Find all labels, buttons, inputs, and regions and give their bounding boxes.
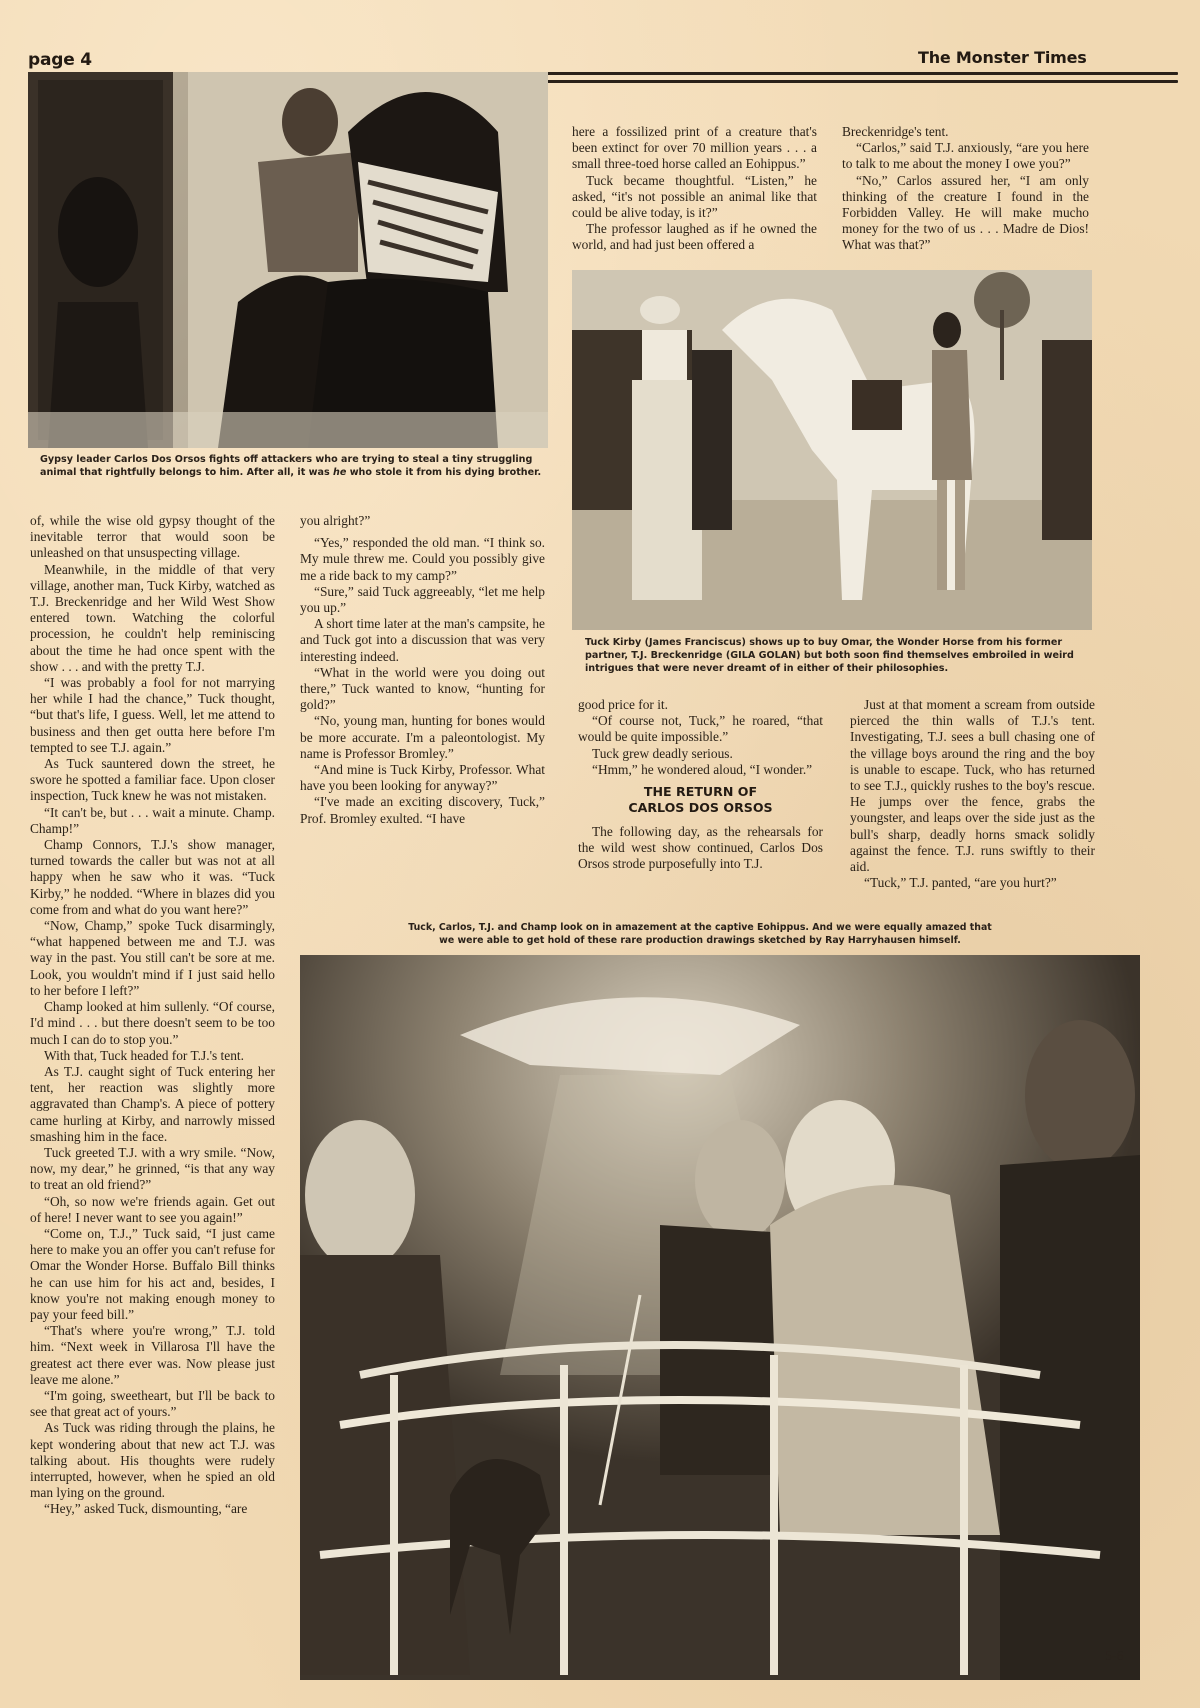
paragraph: A short time later at the man's campsite… — [300, 616, 545, 665]
drawing-caption: Tuck, Carlos, T.J. and Champ look on in … — [400, 921, 1000, 947]
paragraph: Meanwhile, in the middle of that very vi… — [30, 562, 275, 675]
paragraph: Champ Connors, T.J.'s show manager, turn… — [30, 837, 275, 918]
paragraph: With that, Tuck headed for T.J.'s tent. — [30, 1048, 275, 1064]
paragraph: “It can't be, but . . . wait a minute. C… — [30, 805, 275, 837]
article-column-3-bottom: good price for it. “Of course not, Tuck,… — [578, 697, 823, 873]
paragraph: “And mine is Tuck Kirby, Professor. What… — [300, 762, 545, 794]
paragraph: As Tuck was riding through the plains, h… — [30, 1420, 275, 1501]
page-number-label: page 4 — [28, 50, 92, 70]
horse-scene-photo — [572, 270, 1092, 630]
artist-signature: 5-6 — [1105, 1649, 1124, 1664]
paragraph: “Tuck,” T.J. panted, “are you hurt?” — [850, 875, 1095, 891]
paragraph: Just at that moment a scream from outsid… — [850, 697, 1095, 875]
article-column-2: you alright?” “Yes,” responded the old m… — [300, 513, 545, 827]
paragraph: Tuck greeted T.J. with a wry smile. “Now… — [30, 1145, 275, 1194]
section-subheading: THE RETURN OF CARLOS DOS ORSOS — [578, 784, 823, 816]
paragraph: “Of course not, Tuck,” he roared, “that … — [578, 713, 823, 745]
paragraph: good price for it. — [578, 697, 823, 713]
fight-scene-caption: Gypsy leader Carlos Dos Orsos fights off… — [40, 453, 550, 479]
paragraph: “I was probably a fool for not marrying … — [30, 675, 275, 756]
article-column-4-top: Breckenridge's tent. “Carlos,” said T.J.… — [842, 124, 1089, 254]
paragraph: “No,” Carlos assured her, “I am only thi… — [842, 173, 1089, 254]
paragraph: “That's where you're wrong,” T.J. told h… — [30, 1323, 275, 1388]
paragraph: of, while the wise old gypsy thought of … — [30, 513, 275, 562]
article-column-4-bottom: Just at that moment a scream from outsid… — [850, 697, 1095, 891]
article-column-1: of, while the wise old gypsy thought of … — [30, 513, 275, 1518]
paragraph: you alright?” — [300, 513, 545, 529]
paragraph: As Tuck sauntered down the street, he sw… — [30, 756, 275, 805]
paragraph: Tuck grew deadly serious. — [578, 746, 823, 762]
paragraph: Tuck became thoughtful. “Listen,” he ask… — [572, 173, 817, 222]
horse-scene-image — [572, 270, 1092, 630]
paragraph: “Oh, so now we're friends again. Get out… — [30, 1194, 275, 1226]
paragraph: “What in the world were you doing out th… — [300, 665, 545, 714]
paragraph: “I've made an exciting discovery, Tuck,”… — [300, 794, 545, 826]
paragraph: here a fossilized print of a creature th… — [572, 124, 817, 173]
paragraph: The professor laughed as if he owned the… — [572, 221, 817, 253]
paragraph: “Hey,” asked Tuck, dismounting, “are — [30, 1501, 275, 1517]
paragraph: “Sure,” said Tuck aggreeably, “let me he… — [300, 584, 545, 616]
paragraph: “Carlos,” said T.J. anxiously, “are you … — [842, 140, 1089, 172]
production-drawing-image: 5-6 — [300, 955, 1140, 1680]
horse-scene-caption: Tuck Kirby (James Franciscus) shows up t… — [585, 636, 1090, 675]
paragraph: “I'm going, sweetheart, but I'll be back… — [30, 1388, 275, 1420]
article-column-3-top: here a fossilized print of a creature th… — [572, 124, 817, 254]
paragraph: “Yes,” responded the old man. “I think s… — [300, 535, 545, 584]
production-drawing-photo: 5-6 — [300, 955, 1140, 1680]
paragraph: “Come on, T.J.,” Tuck said, “I just came… — [30, 1226, 275, 1323]
paragraph: “No, young man, hunting for bones would … — [300, 713, 545, 762]
fight-scene-photo — [28, 72, 548, 448]
paragraph: Champ looked at him sullenly. “Of course… — [30, 999, 275, 1048]
paragraph: Breckenridge's tent. — [842, 124, 1089, 140]
paragraph: The following day, as the rehearsals for… — [578, 824, 823, 873]
paragraph: As T.J. caught sight of Tuck entering he… — [30, 1064, 275, 1145]
paragraph: “Now, Champ,” spoke Tuck disarmingly, “w… — [30, 918, 275, 999]
paragraph: “Hmm,” he wondered aloud, “I wonder.” — [578, 762, 823, 778]
fight-scene-image — [28, 72, 548, 448]
masthead-title: The Monster Times — [918, 48, 1087, 67]
